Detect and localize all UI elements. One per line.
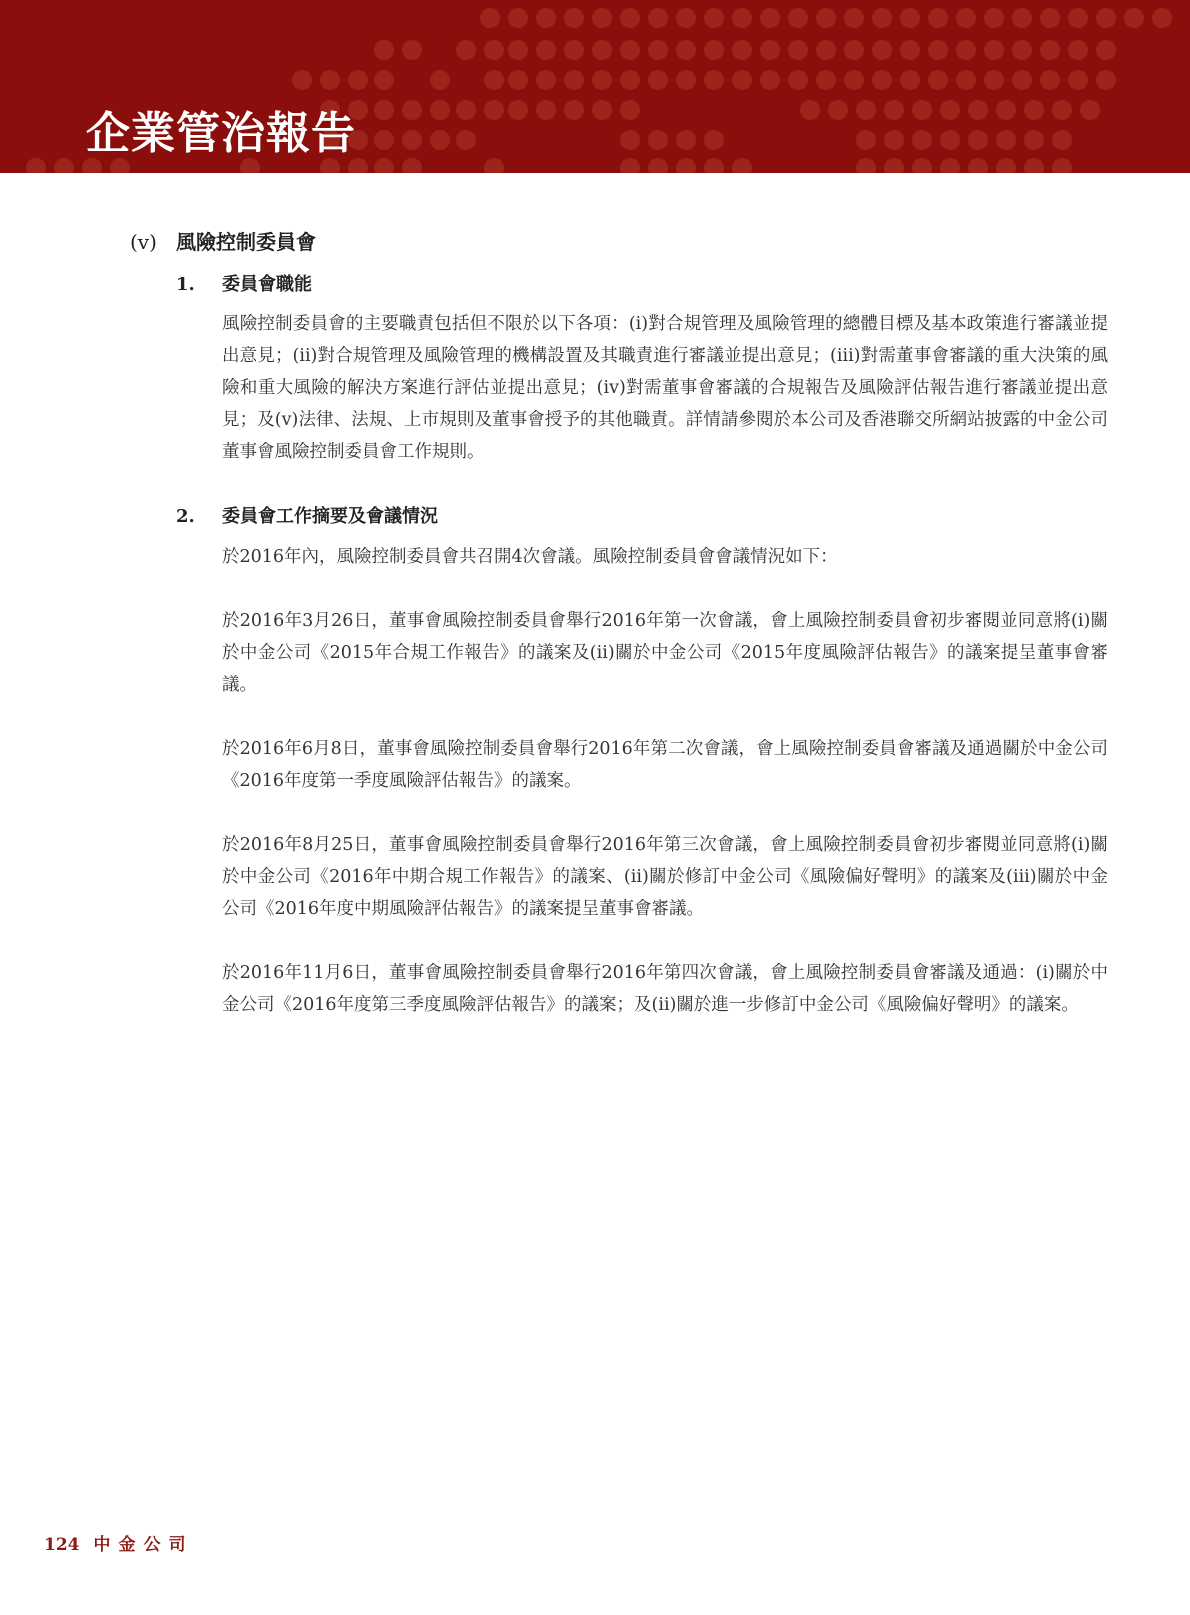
- decorative-dot: [430, 100, 450, 120]
- decorative-dot: [374, 158, 394, 173]
- decorative-dot: [788, 40, 808, 60]
- decorative-dot: [704, 158, 724, 173]
- decorative-dot: [856, 130, 876, 150]
- decorative-dot: [1040, 40, 1060, 60]
- decorative-dot: [320, 70, 340, 90]
- decorative-dot: [374, 70, 394, 90]
- decorative-dot: [456, 130, 476, 150]
- decorative-dot: [788, 8, 808, 28]
- subsection-title: 委員會職能: [222, 274, 312, 295]
- decorative-dot: [884, 100, 904, 120]
- decorative-dot: [1012, 40, 1032, 60]
- decorative-dot: [1096, 8, 1116, 28]
- decorative-dot: [648, 70, 668, 90]
- decorative-dot: [1040, 70, 1060, 90]
- decorative-dot: [592, 70, 612, 90]
- decorative-dot: [648, 40, 668, 60]
- decorative-dot: [912, 158, 932, 173]
- decorative-dot: [592, 100, 612, 120]
- decorative-dot: [1152, 8, 1172, 28]
- paragraph-meeting-3: 於2016年8月25日，董事會風險控制委員會舉行2016年第三次會議，會上風險控…: [222, 829, 1108, 925]
- decorative-dot: [456, 40, 476, 60]
- decorative-dot: [704, 70, 724, 90]
- decorative-dot: [760, 70, 780, 90]
- decorative-dot: [536, 8, 556, 28]
- decorative-dot: [676, 40, 696, 60]
- decorative-dot: [402, 100, 422, 120]
- decorative-dot: [402, 158, 422, 173]
- decorative-dot: [884, 158, 904, 173]
- decorative-dot: [374, 130, 394, 150]
- decorative-dot: [648, 158, 668, 173]
- decorative-dot: [620, 8, 640, 28]
- decorative-dot: [800, 100, 820, 120]
- decorative-dot: [564, 8, 584, 28]
- decorative-dot: [956, 8, 976, 28]
- decorative-dot: [508, 40, 528, 60]
- decorative-dot: [484, 40, 504, 60]
- decorative-dot: [292, 70, 312, 90]
- decorative-dot: [1080, 100, 1100, 120]
- decorative-dot: [996, 100, 1016, 120]
- paragraph-meetings-summary: 於2016年內，風險控制委員會共召開4次會議。風險控制委員會會議情況如下：: [222, 541, 1108, 573]
- decorative-dot: [564, 100, 584, 120]
- decorative-dot: [592, 40, 612, 60]
- decorative-dot: [1040, 8, 1060, 28]
- decorative-dot: [912, 130, 932, 150]
- decorative-dot: [956, 70, 976, 90]
- decorative-dot: [844, 40, 864, 60]
- decorative-dot: [816, 8, 836, 28]
- decorative-dot: [1052, 100, 1072, 120]
- decorative-dot: [430, 130, 450, 150]
- decorative-dot: [374, 40, 394, 60]
- decorative-dot: [1012, 70, 1032, 90]
- decorative-dot: [1012, 8, 1032, 28]
- decorative-dot: [912, 100, 932, 120]
- subsection-title: 委員會工作摘要及會議情況: [222, 506, 438, 527]
- decorative-dot: [704, 40, 724, 60]
- decorative-dot: [620, 130, 640, 150]
- subsection-number: 2.: [176, 506, 222, 527]
- decorative-dot: [940, 130, 960, 150]
- decorative-dot: [760, 40, 780, 60]
- paragraph-meeting-1: 於2016年3月26日，董事會風險控制委員會舉行2016年第一次會議，會上風險控…: [222, 605, 1108, 701]
- decorative-dot: [508, 70, 528, 90]
- decorative-dot: [1024, 158, 1044, 173]
- decorative-dot: [456, 100, 476, 120]
- decorative-dot: [732, 158, 752, 173]
- decorative-dot: [1068, 40, 1088, 60]
- decorative-dot: [1024, 100, 1044, 120]
- decorative-dot: [1096, 70, 1116, 90]
- decorative-dot: [648, 8, 668, 28]
- company-name: 中金公司: [94, 1535, 194, 1555]
- decorative-dot: [536, 70, 556, 90]
- decorative-dot: [430, 70, 450, 90]
- section-heading: (v)風險控制委員會: [130, 226, 316, 255]
- decorative-dot: [620, 40, 640, 60]
- decorative-dot: [1068, 70, 1088, 90]
- section-number: (v): [130, 230, 176, 254]
- decorative-dot: [732, 40, 752, 60]
- decorative-dot: [856, 100, 876, 120]
- decorative-dot: [676, 158, 696, 173]
- decorative-dot: [704, 8, 724, 28]
- decorative-dot: [1096, 40, 1116, 60]
- decorative-dot: [402, 130, 422, 150]
- decorative-dot: [872, 8, 892, 28]
- decorative-dot: [900, 8, 920, 28]
- decorative-dot: [956, 40, 976, 60]
- decorative-dot: [676, 70, 696, 90]
- decorative-dot: [732, 70, 752, 90]
- decorative-dot: [856, 158, 876, 173]
- decorative-dot: [484, 100, 504, 120]
- decorative-dot: [620, 100, 640, 120]
- decorative-dot: [508, 100, 528, 120]
- section-title: 風險控制委員會: [176, 230, 316, 254]
- decorative-dot: [620, 158, 640, 173]
- decorative-dot: [984, 40, 1004, 60]
- decorative-dot: [484, 158, 504, 173]
- header-banner: 企業管治報告: [0, 0, 1190, 173]
- decorative-dot: [928, 8, 948, 28]
- decorative-dot: [26, 158, 46, 173]
- decorative-dot: [54, 158, 74, 173]
- decorative-dot: [374, 100, 394, 120]
- decorative-dot: [940, 100, 960, 120]
- decorative-dot: [620, 70, 640, 90]
- decorative-dot: [928, 70, 948, 90]
- decorative-dot: [940, 158, 960, 173]
- paragraph-meeting-2: 於2016年6月8日，董事會風險控制委員會舉行2016年第二次會議，會上風險控制…: [222, 733, 1108, 797]
- decorative-dot: [844, 70, 864, 90]
- decorative-dot: [704, 130, 724, 150]
- decorative-dot: [816, 40, 836, 60]
- decorative-dot: [536, 40, 556, 60]
- decorative-dot: [844, 8, 864, 28]
- decorative-dot: [1052, 130, 1072, 150]
- decorative-dot: [828, 100, 848, 120]
- decorative-dot: [984, 70, 1004, 90]
- decorative-dot: [968, 100, 988, 120]
- decorative-dot: [484, 70, 504, 90]
- decorative-dot: [900, 40, 920, 60]
- decorative-dot: [996, 130, 1016, 150]
- paragraph-meeting-4: 於2016年11月6日，董事會風險控制委員會舉行2016年第四次會議，會上風險控…: [222, 957, 1108, 1021]
- page-number: 124: [44, 1535, 80, 1555]
- decorative-dot: [1068, 8, 1088, 28]
- decorative-dot: [592, 8, 612, 28]
- decorative-dot: [816, 70, 836, 90]
- decorative-dot: [884, 130, 904, 150]
- decorative-dot: [928, 40, 948, 60]
- decorative-dot: [732, 8, 752, 28]
- subsection-number: 1.: [176, 274, 222, 295]
- decorative-dot: [480, 8, 500, 28]
- paragraph-committee-functions: 風險控制委員會的主要職責包括但不限於以下各項：(i)對合規管理及風險管理的總體目…: [222, 308, 1108, 468]
- decorative-dot: [872, 70, 892, 90]
- page-title: 企業管治報告: [86, 106, 356, 162]
- decorative-dot: [872, 40, 892, 60]
- decorative-dot: [676, 8, 696, 28]
- decorative-dot: [564, 40, 584, 60]
- decorative-dot: [564, 70, 584, 90]
- decorative-dot: [676, 130, 696, 150]
- decorative-dot: [536, 100, 556, 120]
- decorative-dot: [760, 8, 780, 28]
- decorative-dot: [1024, 130, 1044, 150]
- decorative-dot: [1052, 158, 1072, 173]
- decorative-dot: [1124, 8, 1144, 28]
- decorative-dot: [508, 8, 528, 28]
- decorative-dot: [348, 70, 368, 90]
- decorative-dot: [968, 130, 988, 150]
- subsection-heading-2: 2.委員會工作摘要及會議情況: [176, 502, 438, 528]
- subsection-heading-1: 1.委員會職能: [176, 270, 312, 296]
- decorative-dot: [900, 70, 920, 90]
- page-footer: 124中金公司: [44, 1530, 194, 1555]
- decorative-dot: [788, 70, 808, 90]
- decorative-dot: [648, 130, 668, 150]
- decorative-dot: [996, 158, 1016, 173]
- decorative-dot: [968, 158, 988, 173]
- decorative-dot: [984, 8, 1004, 28]
- decorative-dot: [402, 40, 422, 60]
